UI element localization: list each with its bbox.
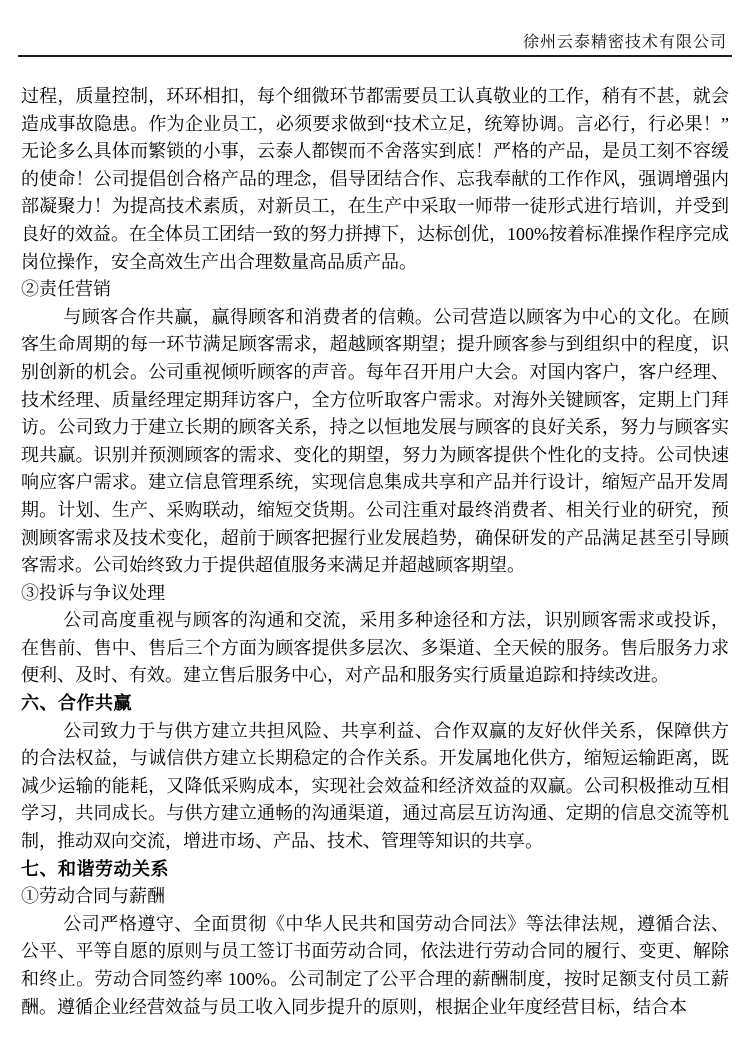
header-company-name: 徐州云泰精密技术有限公司 [523,34,727,51]
body-paragraph: 过程，质量控制，环环相扣，每个细微环节都需要员工认真敬业的工作，稍有不甚，就会造… [21,83,729,276]
section-heading: 七、和谐劳动关系 [21,856,729,884]
subsection-heading: ①劳动合同与薪酬 [21,883,729,911]
document-body: 过程，质量控制，环环相扣，每个细微环节都需要员工认真敬业的工作，稍有不甚，就会造… [21,83,729,1021]
body-paragraph: 公司致力于与供方建立共担风险、共享利益、合作双赢的友好伙伴关系，保障供方的合法权… [21,718,729,856]
document-page: 徐州云泰精密技术有限公司 过程，质量控制，环环相扣，每个细微环节都需要员工认真敬… [0,0,750,1061]
body-paragraph: 公司高度重视与顾客的沟通和交流，采用多种途径和方法，识别顾客需求或投诉，在售前、… [21,607,729,690]
body-paragraph: 与顾客合作共赢，赢得顾客和消费者的信赖。公司营造以顾客为中心的文化。在顾客生命周… [21,304,729,580]
page-header: 徐州云泰精密技术有限公司 [21,33,727,53]
section-heading: 六、合作共赢 [21,690,729,718]
header-rule [18,55,732,57]
body-paragraph: 公司严格遵守、全面贯彻《中华人民共和国劳动合同法》等法律法规，遵循合法、公平、平… [21,911,729,1021]
subsection-heading: ②责任营销 [21,276,729,304]
subsection-heading: ③投诉与争议处理 [21,580,729,608]
